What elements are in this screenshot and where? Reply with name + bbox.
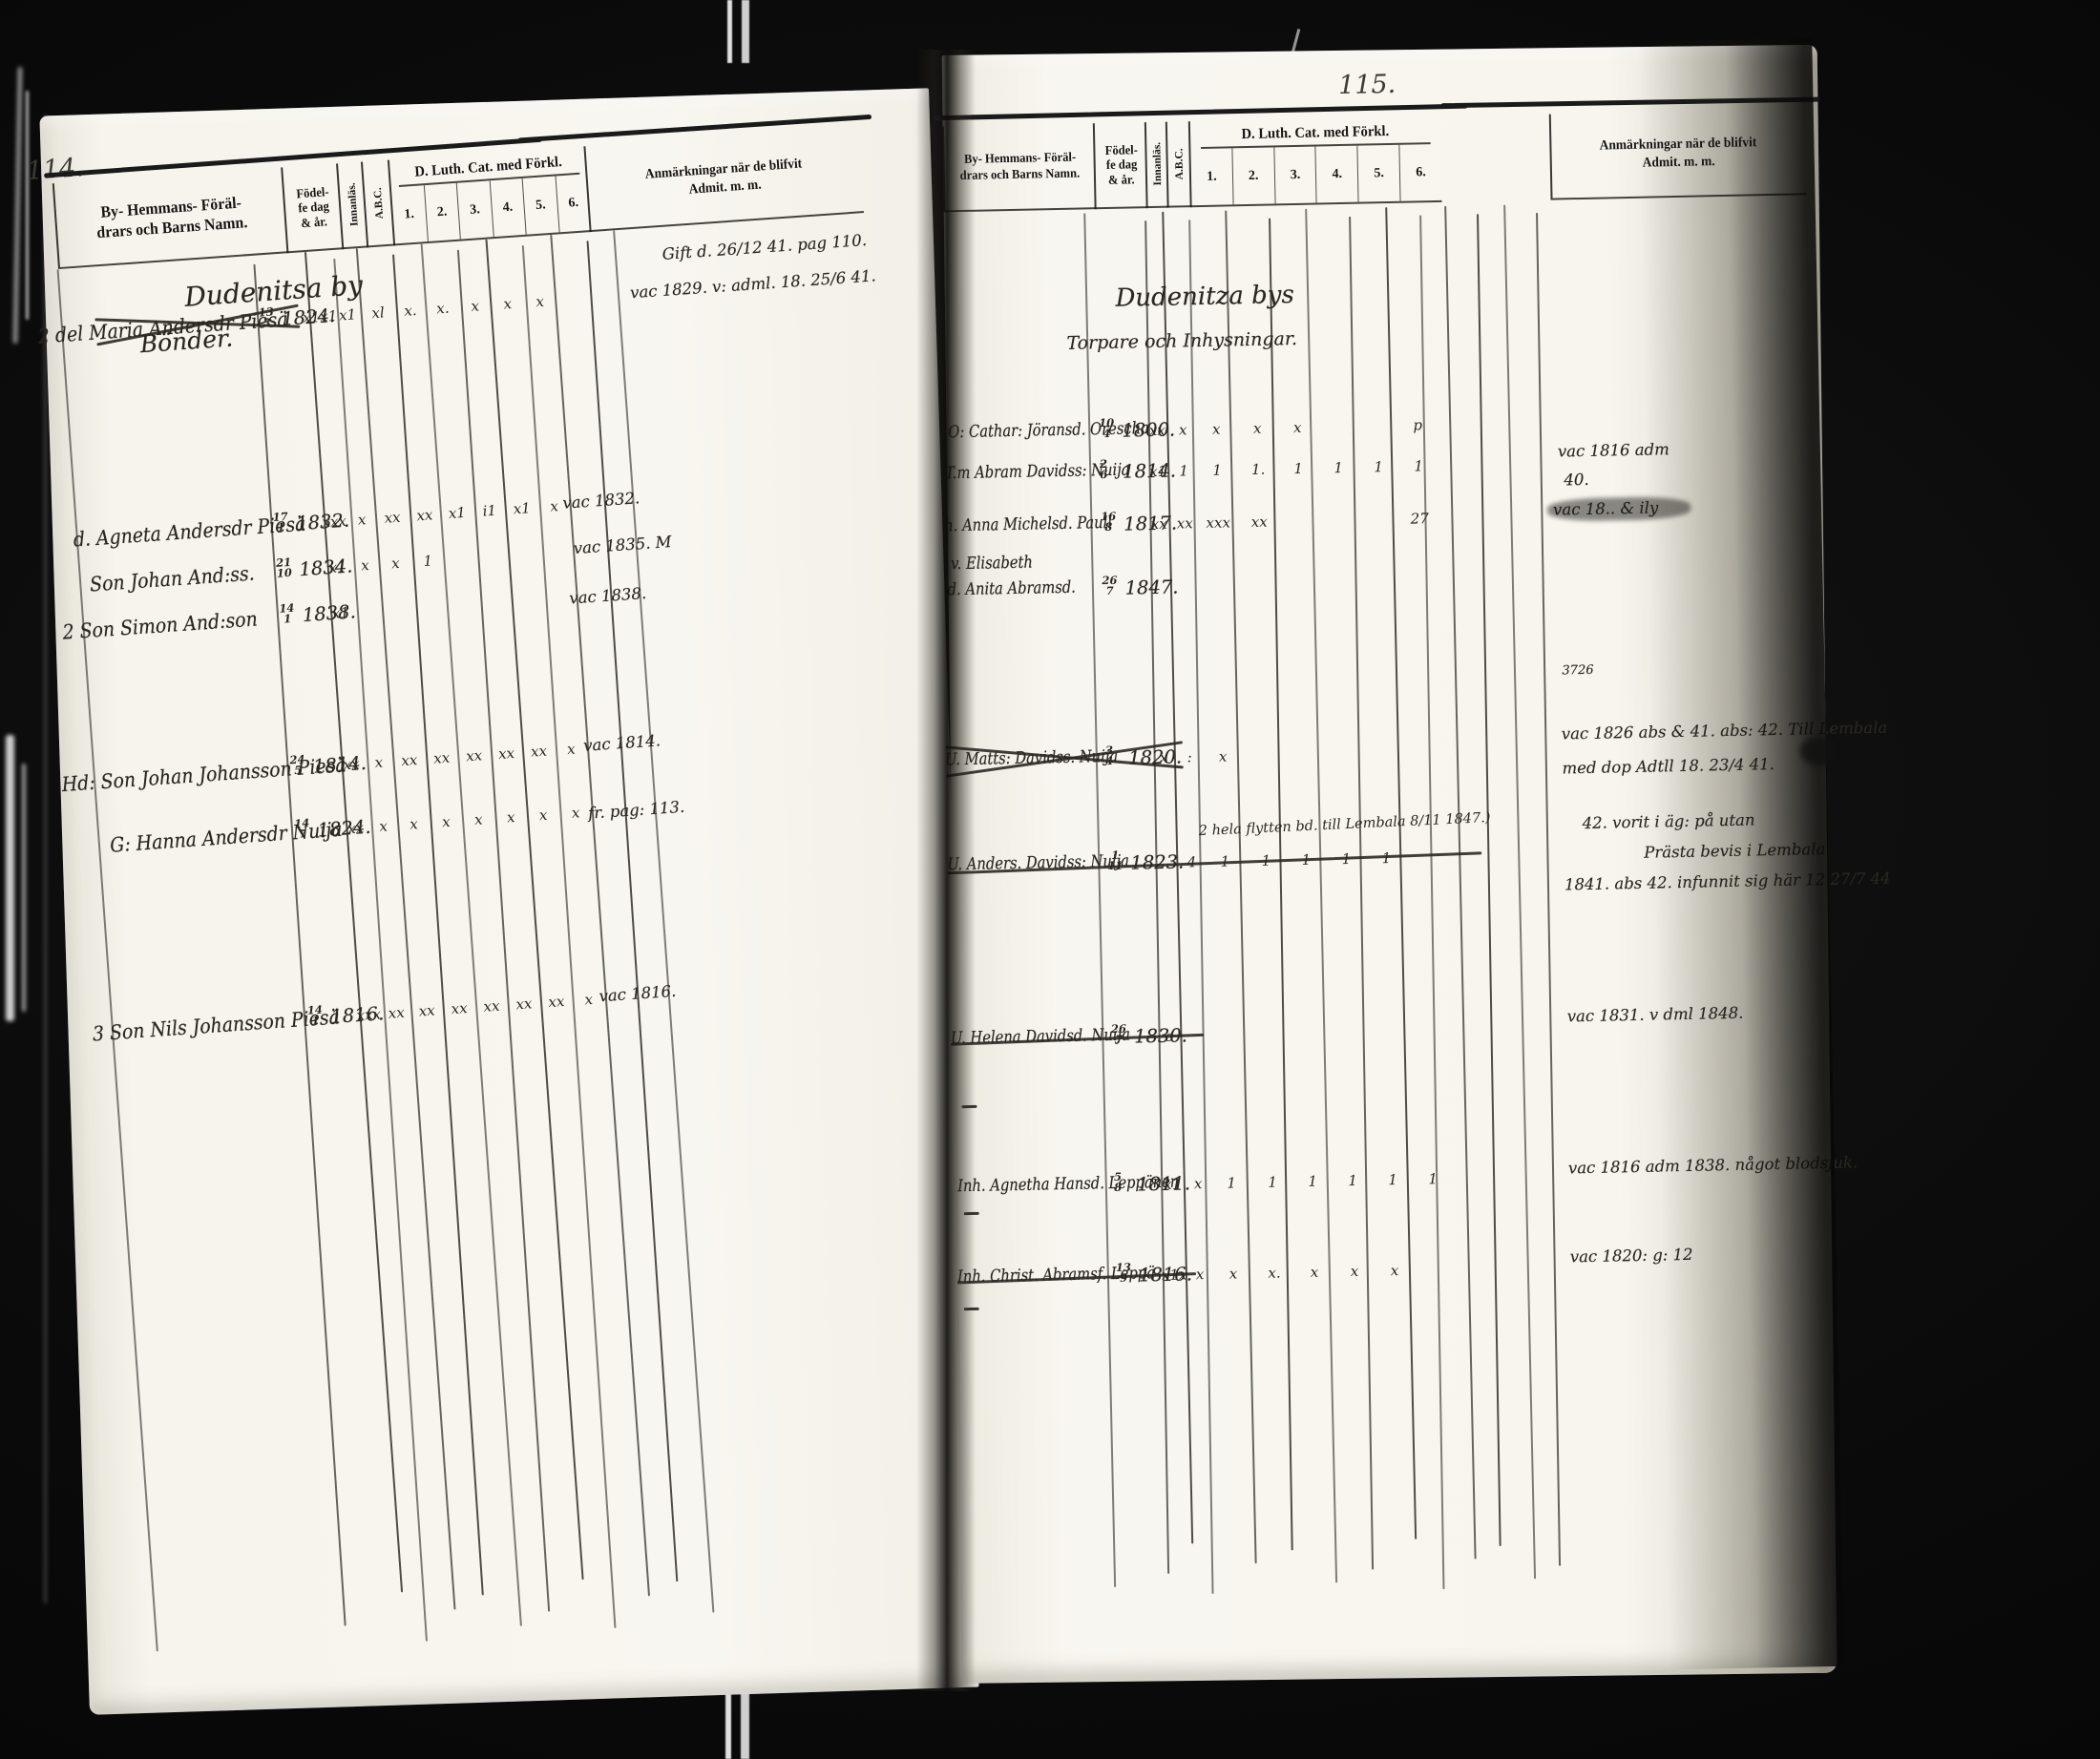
remark-note: vac 1816 adm 1838. något blodsjuk. (1568, 1153, 1858, 1177)
cat-mark: x (1160, 749, 1168, 766)
col-header-abc-label: A.B.C. (1173, 148, 1186, 179)
birth-day-month: 26 (1100, 459, 1107, 480)
cat-mark: xx (483, 997, 500, 1016)
cat-col-4: 4. (1315, 146, 1358, 203)
cat-mark: 1 (1341, 850, 1351, 868)
col-header-catechism-numbers: 1. 2. 3. 4. 5. 6. (1190, 144, 1441, 205)
col-header-catechism-title: D. Luth. Cat. med Förkl. (1201, 116, 1431, 149)
col-header-birthdate: Födel- fe dag & år. (1093, 122, 1148, 209)
microfilm-photo: 114. By- Hemmans- Föräl- drars och Barns… (0, 0, 2100, 1759)
cat-mark: 1 (1308, 1173, 1317, 1190)
register-row: h. Anna Michelsd. Paull1681817.xxxxxxxxx… (946, 499, 1821, 516)
margin-streak (22, 764, 26, 1012)
column-rule (1162, 212, 1193, 1544)
birth-day-month: 267 (1102, 576, 1117, 597)
col-header-abc-label: A.B.C. (372, 187, 386, 220)
remark-note: vac 1826 abs & 41. abs: 42. Till Lembala (1562, 719, 1888, 743)
cat-mark: x (357, 511, 367, 529)
register-row: U. Helena Davidsd. Nuija2671830.ovac 183… (956, 1012, 1832, 1029)
column-rule (1477, 214, 1501, 1546)
cat-mark: o (1165, 1028, 1173, 1045)
cat-mark: x (506, 808, 515, 827)
col-header-names-line2: drars och Barns Namn. (960, 165, 1081, 183)
cat-mark: xxx (322, 513, 347, 532)
cat-mark: xx (466, 746, 483, 764)
birth-year: 1820. (1128, 745, 1182, 768)
col-header-innanlas-label: Innanläs. (346, 182, 360, 226)
cat-mark: 1 (1414, 457, 1423, 474)
cat-mark: x1 (448, 504, 466, 522)
birth-day-month: 245 (289, 754, 306, 776)
col-header-remarks-line2: Admit. m. m. (688, 176, 762, 199)
col-header-innanlas-label: Innanläs. (1151, 142, 1164, 186)
col-header-remarks-line2: Admit. m. m. (1643, 153, 1715, 172)
cat-mark: 1 (1268, 1174, 1277, 1191)
remark-note: 42. vorit i äg: på utan (1582, 810, 1754, 832)
cat-mark: 1 (1301, 851, 1311, 869)
cat-mark: 27 (1411, 510, 1429, 527)
column-rule (1188, 220, 1214, 1594)
cat-mark: x1 (513, 499, 531, 517)
remark-note: Prästa bevis i Lembala (1644, 840, 1825, 862)
col-header-birth-line3: & år. (301, 214, 327, 230)
col-header-remarks-line1: Anmärkningar när de blifvit (1600, 134, 1757, 155)
section-heading-group: Torpare och Inhysningar. (1066, 328, 1297, 354)
column-rule (1349, 217, 1374, 1570)
cat-mark: x (1179, 421, 1187, 438)
ink-blob (1800, 737, 1837, 765)
left-page-content: 114. By- Hemmans- Föräl- drars och Barns… (13, 88, 1013, 1746)
column-rule (57, 269, 159, 1651)
cat-mark: xx (416, 506, 433, 524)
margin-pen-dash (964, 1308, 979, 1310)
col-header-remarks: Anmärkningar när de blifvit Admit. m. m. (1549, 109, 1807, 199)
cat-mark: x. (1268, 1265, 1281, 1282)
column-rule (1503, 205, 1536, 1580)
column-rule (1385, 207, 1417, 1539)
col-header-birthdate: Födel- fe dag & år. (281, 163, 344, 253)
cat-mark: xx (515, 995, 533, 1013)
cat-mark: xx (530, 743, 547, 761)
margin-pen-dash (961, 1105, 976, 1108)
film-frame-line-top-1 (727, 0, 732, 63)
remark-note: Gift d. 26/12 41. pag 110. (499, 231, 867, 275)
cat-mark: 1 (1428, 1170, 1438, 1187)
cat-col-2: 2. (423, 183, 460, 241)
cat-mark: x (571, 804, 580, 822)
birth-day-month: 104 (1099, 418, 1114, 439)
register-row: U. Matts: Davidss. Nuija341820.x:x3726va… (951, 733, 1826, 750)
cat-mark: 1 (423, 552, 433, 570)
right-page-content: 115. By- Hemmans- Föräl- drars och Barns… (936, 38, 1844, 1684)
cat-col-3: 3. (1273, 147, 1316, 204)
birth-day-month: 133 (258, 306, 275, 328)
cat-mark: x (471, 297, 480, 315)
cat-mark: : (1186, 748, 1191, 765)
col-header-birth-line3: & år. (1108, 172, 1135, 187)
cat-mark: xx (1177, 514, 1193, 532)
cat-mark: xx (1151, 515, 1167, 533)
cat-mark: x1 (1149, 463, 1166, 480)
cat-mark: 1 (1374, 458, 1383, 475)
birth-day-month: 267 (1111, 1024, 1126, 1045)
cat-mark: x (391, 555, 401, 573)
column-rule (1444, 206, 1477, 1560)
person-name: Son Johan And:ss. (89, 562, 255, 597)
cat-mark: xxx (356, 1005, 382, 1024)
person-name: v. Elisabeth (951, 554, 1033, 575)
remark-note: med dop Adtll 18. 23/4 41. (1562, 755, 1774, 777)
birth-day-month: 111 (1107, 850, 1123, 871)
cat-mark: x. (436, 300, 450, 318)
remark-note: vac 1838. (569, 584, 647, 608)
register-row: Inh. Agnetha Hansd. Leppänen581811.x1x11… (959, 1160, 1835, 1177)
birth-day-month: 58 (1114, 1172, 1122, 1193)
register-row: T.m Abram Davidss: Nuija261814.x1111.111… (945, 447, 1820, 464)
column-rule (1419, 215, 1445, 1589)
cat-mark: 1 (1220, 852, 1229, 869)
remark-note: vac 1816. (598, 982, 677, 1006)
remark-note: 1841. abs 42. infunnit sig här 12 27/7 4… (1564, 869, 1891, 894)
remark-note: vac 1829. v: adml. 18. 25/6 41. (502, 266, 876, 310)
cat-mark: x (473, 810, 483, 828)
remark-note: vac 1832. (562, 489, 640, 513)
birth-day-month: 168 (1101, 512, 1116, 533)
cat-col-5: 5. (1357, 145, 1400, 202)
margin-pen-dash (964, 1212, 979, 1215)
cat-mark: x (567, 741, 577, 759)
cat-mark: i1 (482, 502, 497, 520)
cat-col-4: 4. (489, 178, 526, 237)
cat-mark: x (374, 754, 384, 772)
column-rule (1225, 210, 1257, 1563)
column-rule (333, 259, 428, 1642)
birth-day-month: 147 (294, 818, 311, 840)
column-rule (1536, 213, 1561, 1566)
cat-mark: 1 (1348, 1172, 1357, 1189)
remark-note: vac 1831. v dml 1848. (1567, 1004, 1744, 1026)
left-page-paper: 114. By- Hemmans- Föräl- drars och Barns… (39, 88, 978, 1714)
cat-mark: xx (451, 999, 468, 1017)
cat-mark: x (442, 813, 451, 831)
col-header-catechism: D. Luth. Cat. med Förkl. 1. 2. 3. 4. 5. … (1188, 116, 1442, 207)
cat-mark: 1 (1179, 462, 1188, 479)
cat-mark: xxx (1206, 513, 1230, 532)
cat-mark: x (1219, 748, 1228, 765)
column-rule (1269, 219, 1293, 1551)
cat-mark: p (1413, 416, 1422, 433)
person-name: 3 Son Nils Johansson Piesä (92, 1005, 340, 1045)
cat-col-5: 5. (522, 177, 559, 235)
birth-year: 1823. (1130, 850, 1184, 873)
remark-note: vac 1820: g: 12 (1570, 1246, 1693, 1267)
column-rule (253, 264, 346, 1626)
col-header-birth-line1: Födel- (1104, 142, 1137, 157)
remark-note: vac 1814. (583, 731, 661, 755)
register-row: Hd: Son Johan Johansson Piesä2451814.xxx… (57, 711, 945, 773)
cat-mark: x1x1 (303, 307, 338, 326)
cat-mark: x1 (331, 604, 349, 622)
cat-mark: 1 (1293, 460, 1303, 477)
birth-year: 1830. (1134, 1024, 1187, 1047)
column-rule (1305, 209, 1337, 1583)
remark-note: vac 1835. M (573, 533, 672, 557)
birth-day-month: 34 (1105, 745, 1113, 766)
cat-mark: x (1194, 1175, 1203, 1192)
cat-mark: x1 (328, 558, 346, 576)
col-header-names: By- Hemmans- Föräl- drars och Barns Namn… (52, 167, 289, 269)
cat-mark: 1 (1212, 462, 1222, 479)
birth-day-month: 171 (272, 512, 289, 534)
person-name: O: Cathar: Jöransd. Orescha (948, 419, 1149, 442)
register-row: d. Agneta Andersdr Piesä1711832.xxxxxxxx… (40, 469, 928, 531)
cat-mark: xx (343, 755, 360, 773)
col-header-names: By- Hemmans- Föräl- drars och Barns Namn… (942, 123, 1097, 212)
remark-note: fr. pag: 113. (588, 798, 685, 823)
register-row: d. Anita Abramsd.2671847. (947, 563, 1822, 580)
page-number: 115. (1338, 70, 1396, 100)
person-name: h. Anna Michelsd. Paull (944, 513, 1112, 536)
cat-col-3: 3. (456, 180, 493, 239)
cat-mark: x (1351, 1263, 1359, 1280)
cat-mark: 1 (1381, 849, 1391, 867)
cat-mark: x (1293, 419, 1302, 436)
cat-mark: xx (418, 1001, 435, 1019)
cat-mark: x (409, 815, 419, 833)
cat-mark: 4 (1186, 853, 1196, 870)
cat-mark: x (1311, 1264, 1319, 1281)
register-row: Inh. Christ. Abramsf. Leppä1391816.x1xxx… (961, 1250, 1837, 1267)
register-row: O: Cathar: Jöransd. Orescha1041800.xxxxx… (944, 406, 1819, 423)
cat-mark: xx (1149, 422, 1165, 439)
register-rows-right: O: Cathar: Jöransd. Orescha1041800.xxxxx… (936, 38, 1812, 55)
cat-mark: x. (404, 302, 417, 320)
remark-note: 3726 (1562, 663, 1593, 679)
cat-mark: x (1253, 420, 1262, 437)
birth-year: 1847. (1124, 576, 1178, 599)
cat-mark: 1 (1227, 1174, 1236, 1191)
cat-col-1: 1. (1190, 148, 1232, 205)
cat-mark: xx (498, 744, 515, 763)
cat-mark: xx (347, 819, 365, 837)
margin-streak (6, 735, 14, 1021)
cat-mark: xx (401, 751, 418, 769)
cat-mark: x (538, 806, 548, 825)
register-row: 2 del Maria Andersdr Piesä1331824.x1x1x1… (26, 264, 913, 326)
register-row: v. Elisabeth (947, 537, 1822, 555)
cat-mark: xx (433, 749, 451, 767)
cat-mark: x (1196, 1266, 1205, 1283)
remark-note: vac 1816 adm (1558, 440, 1669, 460)
person-name: 2 Son Simon And:son (62, 607, 259, 643)
cat-mark: x (584, 991, 594, 1009)
cat-mark: 1 (1333, 459, 1343, 476)
cat-mark: xx (388, 1004, 405, 1022)
cat-mark: x (1391, 1262, 1399, 1279)
table-header: By- Hemmans- Föräl- drars och Barns Namn… (942, 109, 1805, 210)
cat-mark: 1 (1261, 852, 1270, 869)
cat-mark: xx (1251, 513, 1268, 531)
column-rule (304, 252, 404, 1593)
birth-day-month: 139 (1116, 1263, 1131, 1284)
cat-mark: x (379, 817, 388, 835)
header-top-rule (1441, 97, 1820, 109)
cat-col-2: 2. (1231, 147, 1274, 204)
col-header-remarks: Anmärkningar när de blifvit Admit. m. m. (583, 127, 864, 232)
birth-day-month: 2110 (276, 557, 293, 579)
cat-mark: x1 (1164, 1176, 1181, 1193)
cat-mark: xl (371, 304, 385, 322)
cat-mark: x1 (339, 305, 357, 324)
register-row: 3 Son Nils Johansson Piesä1411816.xxxxxx… (74, 962, 962, 1024)
cat-col-6: 6. (1399, 144, 1442, 201)
ink-smudge (1547, 496, 1690, 522)
remark-note: 40. (1564, 471, 1589, 490)
cat-mark: x (1229, 1265, 1238, 1282)
birth-day-month: 141 (307, 1005, 325, 1027)
inline-note: 2 hela flytten bd. till Lembala 8/11 184… (1198, 810, 1490, 839)
col-header-catechism: D. Luth. Cat. med Förkl. 1. 2. 3. 4. 5. … (388, 146, 592, 245)
section-heading-village: Dudenitza bys (1115, 281, 1294, 313)
birth-day-month: 141 (279, 603, 296, 625)
cat-col-1: 1. (391, 185, 428, 243)
cat-mark: 1 (1388, 1171, 1397, 1188)
cat-mark: 1. (1251, 461, 1266, 478)
register-row: U. Anders. Davidss: Nuija1111823.4111114… (953, 838, 1828, 855)
cat-mark: x (361, 556, 370, 575)
cat-mark: x (1212, 421, 1221, 438)
column-rules-right (936, 38, 1812, 55)
cat-mark: xx (384, 509, 401, 527)
cat-mark: x (550, 497, 559, 515)
right-page-paper: 115. By- Hemmans- Föräl- drars och Barns… (942, 45, 1837, 1684)
cat-mark: xx (548, 993, 565, 1011)
person-name: d. Anita Abramsd. (947, 578, 1076, 600)
col-header-birth-line2: fe dag (1105, 157, 1137, 173)
film-frame-line-top-2 (742, 0, 749, 63)
cat-mark: x1x (1162, 1266, 1187, 1284)
